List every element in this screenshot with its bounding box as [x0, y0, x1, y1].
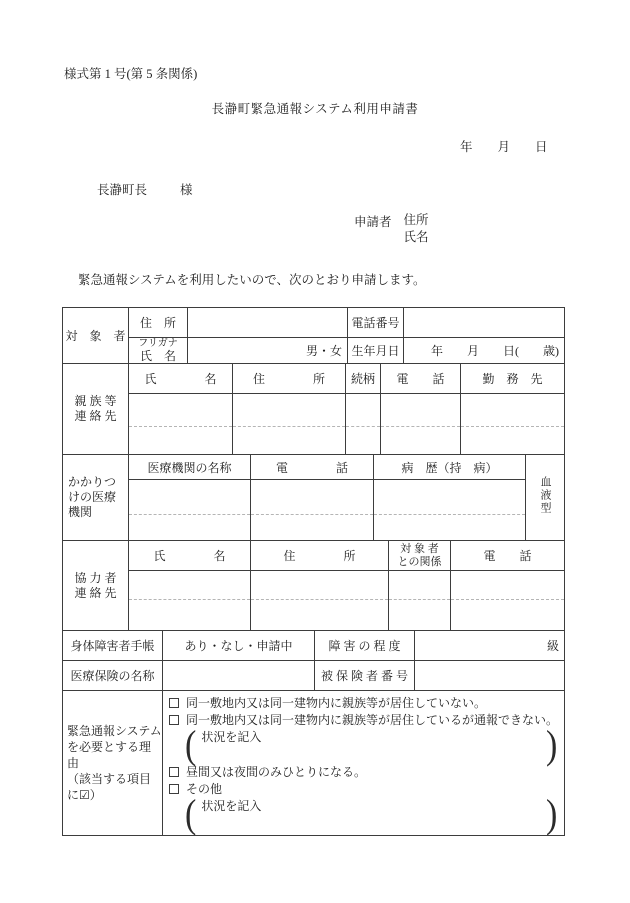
subject-name-label: フリガナ 氏 名 — [129, 338, 188, 364]
applicant-address-label: 住所 — [404, 213, 429, 227]
section-medical: かかりつ けの医療 機関 医療機関の名称 電 話 病 歴（持 病） 血液型 — [62, 454, 565, 541]
relatives-col-phone: 電 話 — [381, 364, 461, 394]
situation-note-label: 状況を記入 — [197, 729, 261, 763]
supporter-row2-relation — [389, 600, 451, 631]
subject-address-field — [188, 308, 348, 338]
supporter-col-relation: 対 象 者 との関係 — [389, 541, 451, 571]
subject-label: 対 象 者 — [63, 308, 129, 364]
relatives-col-relation: 続柄 — [346, 364, 381, 394]
insured-number-label: 被 保 険 者 番 号 — [315, 661, 415, 691]
reason-options: 同一敷地内又は同一建物内に親族等が居住していない。 同一敷地内又は同一建物内に親… — [163, 691, 565, 836]
medical-row1-institution — [129, 480, 251, 515]
situation-note-2: ( 状況を記入 ) — [184, 798, 558, 832]
open-paren: ( — [185, 798, 196, 832]
furigana-label: フリガナ — [129, 338, 187, 349]
section-relatives: 親 族 等 連 絡 先 氏 名 住 所 続柄 電 話 勤 務 先 — [62, 363, 565, 455]
medical-row2-phone — [251, 515, 374, 541]
supporter-row2-phone — [451, 600, 565, 631]
relatives-row2-workplace — [461, 427, 565, 455]
form-number: 様式第 1 号(第 5 条関係) — [64, 64, 197, 82]
relatives-row1-relation — [346, 394, 381, 427]
application-table: 対 象 者 住 所 電話番号 フリガナ 氏 名 男・女 生年月日 年 月 日( … — [62, 307, 564, 836]
addressee-row: 長瀞町長様 — [97, 180, 193, 198]
relatives-row2-phone — [381, 427, 461, 455]
section-certificates: 身体障害者手帳 あり・なし・申請中 障 害 の 程 度 級 医療保険の名称 被 … — [62, 630, 565, 691]
addressee: 長瀞町長 — [97, 183, 147, 197]
relatives-row1-address — [233, 394, 346, 427]
applicant-block: 申請者 住所 氏名 — [354, 212, 429, 246]
checkbox-icon — [169, 698, 179, 708]
insurance-name-label: 医療保険の名称 — [63, 661, 163, 691]
medical-col-phone: 電 話 — [251, 455, 374, 480]
section-supporter: 協 力 者 連 絡 先 氏 名 住 所 対 象 者 との関係 電 話 — [62, 540, 565, 631]
subject-phone-field — [404, 308, 565, 338]
checkbox-icon — [169, 784, 179, 794]
applicant-label: 申請者 — [354, 212, 392, 246]
application-form-page: 様式第 1 号(第 5 条関係) 長瀞町緊急通報システム利用申請書 年 月 日 … — [0, 0, 630, 903]
birthdate-field: 年 月 日( 歳) — [404, 338, 565, 364]
medical-col-history: 病 歴（持 病） — [374, 455, 526, 480]
supporter-row1-phone — [451, 571, 565, 600]
situation-note-1: ( 状況を記入 ) — [184, 729, 558, 763]
supporter-col-name: 氏 名 — [129, 541, 251, 571]
degree-label: 障 害 の 程 度 — [315, 631, 415, 661]
date-line: 年 月 日 — [460, 137, 548, 155]
relatives-row2-relation — [346, 427, 381, 455]
subject-name-field: 男・女 — [188, 338, 348, 364]
relatives-col-address: 住 所 — [233, 364, 346, 394]
intro-sentence: 緊急通報システムを利用したいので、次のとおり申請します。 — [78, 270, 426, 288]
reason-item-1: 同一敷地内又は同一建物内に親族等が居住していない。 — [169, 695, 558, 711]
handbook-options: あり・なし・申請中 — [163, 631, 315, 661]
gender-options: 男・女 — [306, 342, 342, 363]
supporter-row1-name — [129, 571, 251, 600]
applicant-fields: 住所 氏名 — [404, 212, 429, 246]
relatives-col-workplace: 勤 務 先 — [461, 364, 565, 394]
applicant-name-label: 氏名 — [404, 230, 429, 244]
checkbox-icon — [169, 715, 179, 725]
supporter-col-address: 住 所 — [251, 541, 389, 571]
degree-field: 級 — [415, 631, 565, 661]
section-subject: 対 象 者 住 所 電話番号 フリガナ 氏 名 男・女 生年月日 年 月 日( … — [62, 307, 565, 364]
section-reason: 緊急通報システムを必要とする理由 （該当する項目に☑） 同一敷地内又は同一建物内… — [62, 690, 565, 836]
supporter-row2-address — [251, 600, 389, 631]
medical-row1-history — [374, 480, 526, 515]
relatives-row1-workplace — [461, 394, 565, 427]
page-title: 長瀞町緊急通報システム利用申請書 — [0, 99, 630, 117]
handbook-label: 身体障害者手帳 — [63, 631, 163, 661]
checkbox-icon — [169, 767, 179, 777]
medical-row2-history — [374, 515, 526, 541]
supporter-col-phone: 電 話 — [451, 541, 565, 571]
relatives-row2-name — [129, 427, 233, 455]
subject-address-label: 住 所 — [129, 308, 188, 338]
close-paren: ) — [546, 798, 557, 832]
insured-number-field — [415, 661, 565, 691]
reason-item-4: その他 — [169, 781, 558, 797]
insurance-name-field — [163, 661, 315, 691]
reason-label: 緊急通報システムを必要とする理由 （該当する項目に☑） — [63, 691, 163, 836]
supporter-row2-name — [129, 600, 251, 631]
reason-item-3: 昼間又は夜間のみひとりになる。 — [169, 764, 558, 780]
open-paren: ( — [185, 729, 196, 763]
relatives-col-name: 氏 名 — [129, 364, 233, 394]
blood-type-label: 血液型 — [526, 455, 565, 541]
medical-row2-institution — [129, 515, 251, 541]
honorific: 様 — [180, 183, 193, 197]
supporter-row1-address — [251, 571, 389, 600]
relatives-row1-phone — [381, 394, 461, 427]
medical-row1-phone — [251, 480, 374, 515]
subject-phone-label: 電話番号 — [348, 308, 404, 338]
medical-label: かかりつ けの医療 機関 — [63, 455, 129, 541]
relatives-label: 親 族 等 連 絡 先 — [63, 364, 129, 455]
reason-item-2: 同一敷地内又は同一建物内に親族等が居住しているが通報できない。 — [169, 712, 558, 728]
close-paren: ) — [546, 729, 557, 763]
situation-note-label: 状況を記入 — [197, 798, 261, 832]
birthdate-label: 生年月日 — [348, 338, 404, 364]
medical-col-institution: 医療機関の名称 — [129, 455, 251, 480]
relatives-row1-name — [129, 394, 233, 427]
supporter-row1-relation — [389, 571, 451, 600]
supporter-label: 協 力 者 連 絡 先 — [63, 541, 129, 631]
relatives-row2-address — [233, 427, 346, 455]
